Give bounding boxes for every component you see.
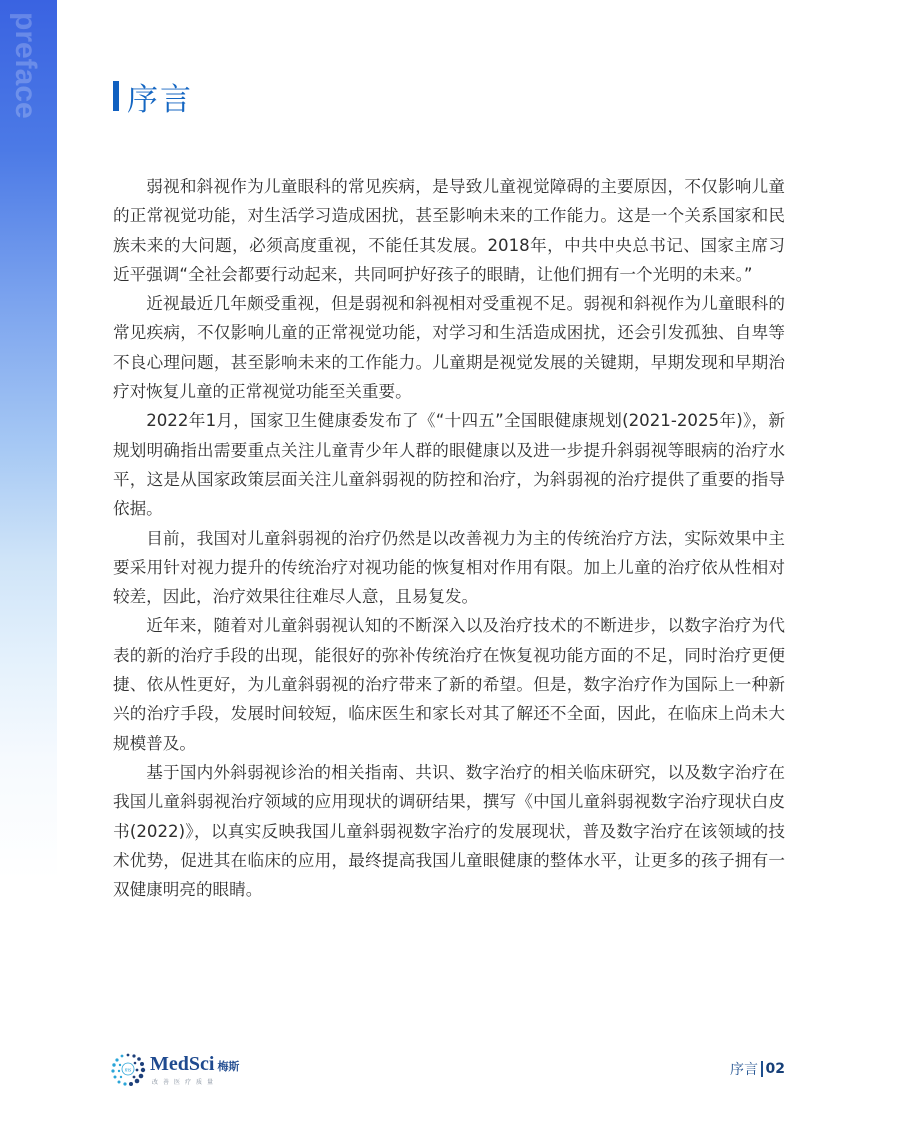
footer-section-name: 序言	[730, 1059, 758, 1079]
logo-brand-name: MedSci	[150, 1053, 214, 1076]
logo-slogan: 改善医疗质量	[152, 1077, 239, 1086]
preface-body: 弱视和斜视作为儿童眼科的常见疾病，是导致儿童视觉障碍的主要原因，不仅影响儿童的正…	[113, 172, 785, 904]
page-heading: 序言	[113, 79, 193, 113]
paragraph: 近视最近几年颇受重视，但是弱视和斜视相对受重视不足。弱视和斜视作为儿童眼科的常见…	[113, 289, 785, 406]
paragraph: 近年来，随着对儿童斜弱视认知的不断深入以及治疗技术的不断进步，以数字治疗为代表的…	[113, 611, 785, 757]
paragraph: 目前，我国对儿童斜弱视的治疗仍然是以改善视力为主的传统治疗方法，实际效果中主要采…	[113, 524, 785, 612]
sidebar-band: preface	[0, 0, 57, 1122]
medsci-dots-logo-icon: ms	[110, 1051, 146, 1087]
page-title: 序言	[127, 74, 193, 119]
page-footer-label: 序言 02	[730, 1059, 785, 1079]
medsci-logo: ms MedSci 梅斯 改善医疗质量	[110, 1050, 239, 1088]
paragraph: 弱视和斜视作为儿童眼科的常见疾病，是导致儿童视觉障碍的主要原因，不仅影响儿童的正…	[113, 172, 785, 289]
logo-brand-cn: 梅斯	[217, 1058, 239, 1074]
paragraph: 2022年1月，国家卫生健康委发布了《“十四五”全国眼健康规划(2021-202…	[113, 406, 785, 523]
svg-text:ms: ms	[125, 1068, 132, 1074]
paragraph: 基于国内外斜弱视诊治的相关指南、共识、数字治疗的相关临床研究，以及数字治疗在我国…	[113, 758, 785, 904]
heading-accent-bar	[113, 81, 119, 111]
page-number: 02	[766, 1061, 785, 1077]
footer-divider	[761, 1061, 763, 1077]
sidebar-vertical-label: preface	[8, 12, 42, 119]
